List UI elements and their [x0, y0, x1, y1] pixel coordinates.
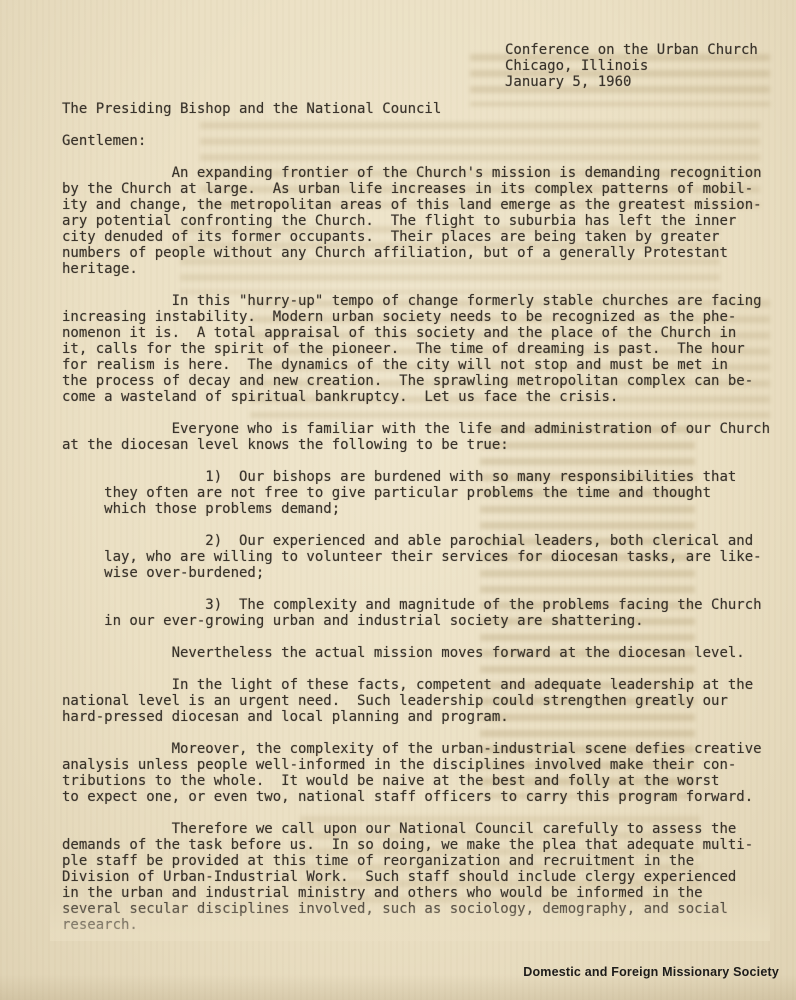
letterhead: Conference on the Urban Church Chicago, … [505, 42, 758, 90]
footer-credit: Domestic and Foreign Missionary Society [523, 965, 779, 979]
letter-page: Conference on the Urban Church Chicago, … [0, 0, 796, 1000]
letter-body: The Presiding Bishop and the National Co… [62, 101, 770, 933]
